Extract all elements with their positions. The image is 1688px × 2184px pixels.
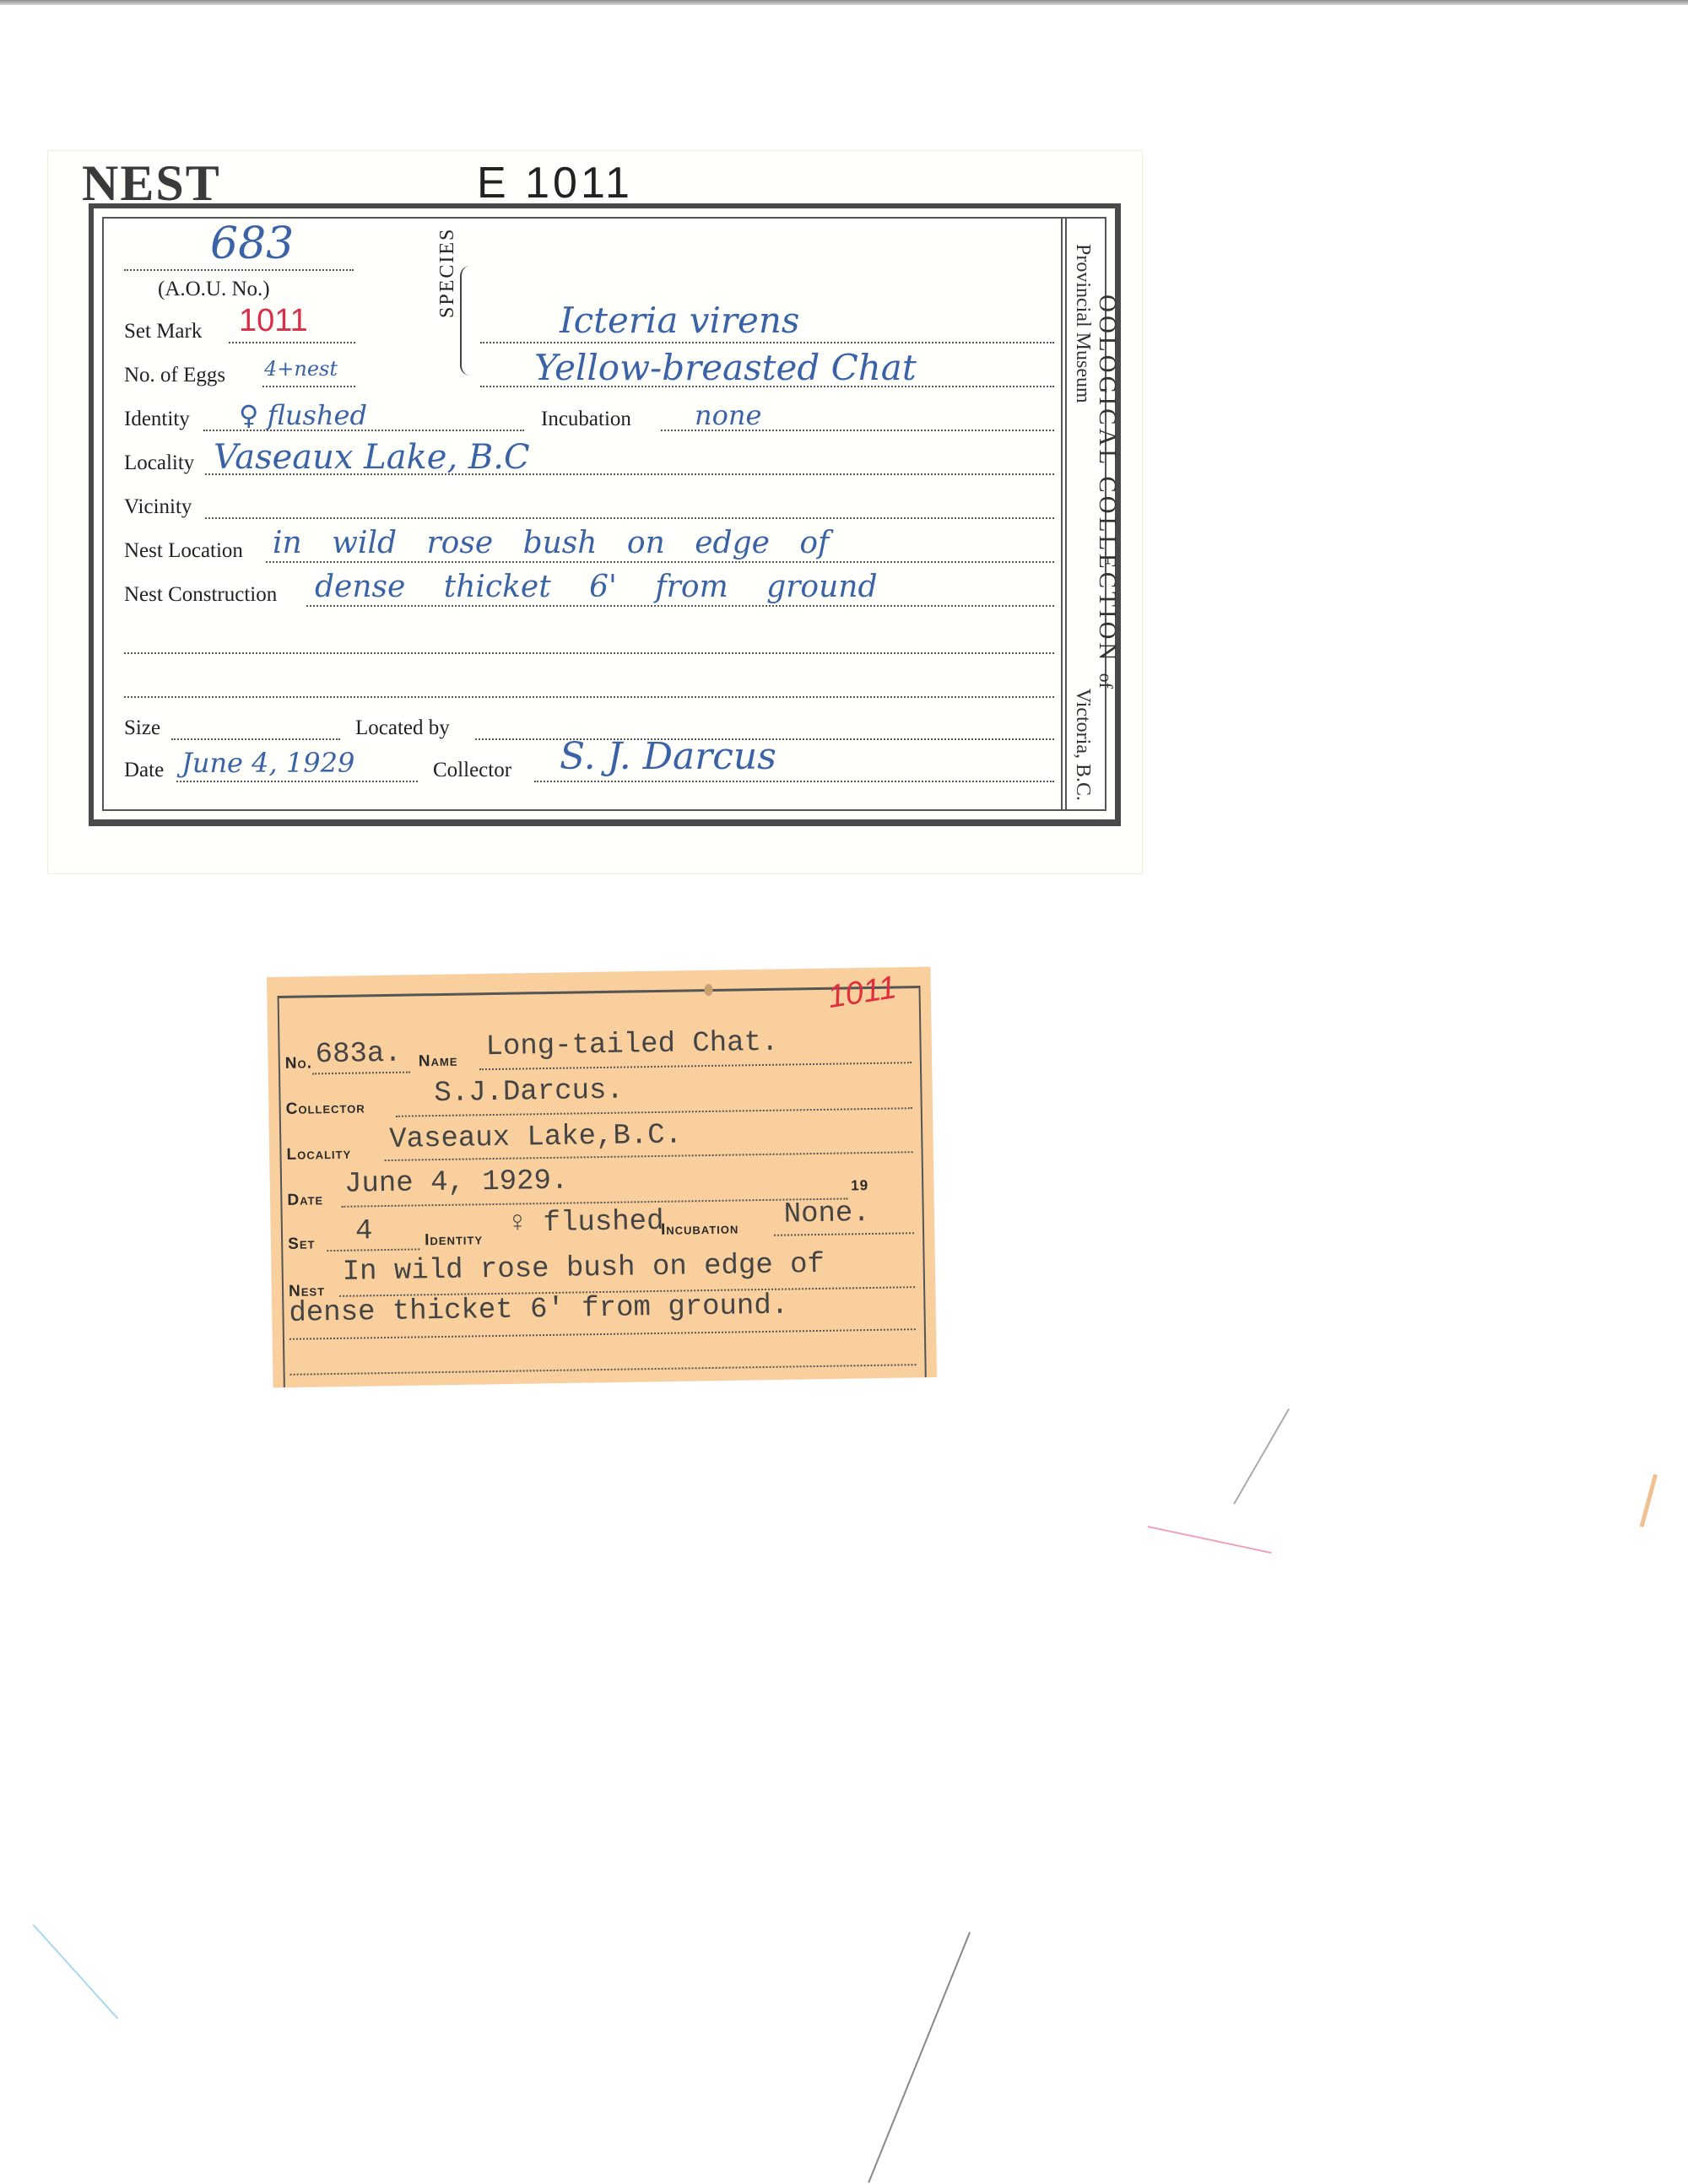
no-value: 683a.	[315, 1038, 402, 1072]
name-label: Name	[419, 1052, 458, 1072]
locality-label: Locality	[124, 451, 194, 475]
scan-mark	[1148, 1526, 1272, 1554]
set-value: 4	[355, 1215, 373, 1247]
located-by-label: Located by	[355, 716, 450, 740]
locality-value: Vaseaux Lake,B.C.	[389, 1120, 682, 1156]
species-brace	[460, 266, 470, 376]
date-label: Date	[124, 759, 164, 782]
card-frame: 683 (A.O.U. No.) Set Mark 1011 No. of Eg…	[89, 203, 1121, 826]
nest-location-label: Nest Location	[124, 539, 243, 563]
set-mark-value: 1011	[239, 303, 308, 339]
set-mark-label: Set Mark	[124, 320, 202, 343]
nest-value-line1: In wild rose bush on edge of	[342, 1249, 825, 1289]
institution-label: OOLOGICAL COLLECTION of Provincial Museu…	[1070, 244, 1121, 801]
date-value: June 4, 1929	[181, 747, 354, 779]
species-common: Yellow-breasted Chat	[534, 347, 917, 388]
side-divider	[1061, 219, 1067, 809]
size-label: Size	[124, 716, 160, 740]
species-label: SPECIES	[436, 228, 459, 318]
aou-label: (A.O.U. No.)	[158, 278, 270, 301]
no-label: No.	[285, 1054, 312, 1073]
incubation-label: Incubation	[541, 408, 631, 431]
nest-construction-value: dense thicket 6' from ground	[315, 570, 878, 604]
pin-hole	[704, 984, 712, 996]
collector-value: S.J.Darcus.	[434, 1075, 624, 1111]
collection-title: OOLOGICAL COLLECTION	[1094, 295, 1121, 663]
scan-mark	[1233, 1408, 1290, 1505]
locality-value: Vaseaux Lake, B.C	[214, 438, 530, 477]
name-value: Long-tailed Chat.	[485, 1027, 778, 1063]
nest-value-line2: dense thicket 6' from ground.	[289, 1290, 788, 1330]
scan-mark	[868, 1932, 971, 2182]
set-label: Set	[288, 1235, 316, 1254]
eggs-label: No. of Eggs	[124, 364, 225, 387]
museum-name: Provincial Museum	[1071, 244, 1094, 403]
species-scientific: Icteria virens	[560, 300, 799, 341]
collector-label: Collector	[433, 759, 511, 782]
identity-value: ♀ flushed	[239, 399, 367, 431]
collector-value: S. J. Darcus	[560, 735, 776, 778]
museum-city: Victoria, B.C.	[1071, 689, 1094, 801]
incubation-value: None.	[783, 1197, 870, 1231]
vicinity-label: Vicinity	[124, 495, 192, 519]
locality-label: Locality	[286, 1145, 351, 1165]
typed-label-card: 1011 No. 683a. Name Long-tailed Chat. Co…	[267, 967, 937, 1387]
aou-number: 683	[210, 219, 294, 269]
incubation-value: none	[695, 399, 761, 431]
red-catalog-number: 1011	[825, 970, 899, 1016]
scan-mark	[33, 1924, 119, 2019]
nest-location-value: in wild rose bush on edge of	[273, 526, 829, 560]
identity-label: Identity	[425, 1230, 483, 1250]
eggs-value: 4+nest	[264, 357, 338, 381]
scan-mark	[1640, 1474, 1658, 1527]
catalog-number: E 1011	[477, 158, 633, 208]
identity-value: ♀ flushed	[509, 1206, 664, 1241]
collector-label: Collector	[286, 1099, 365, 1118]
nest-construction-label: Nest Construction	[124, 583, 277, 607]
scan-edge	[0, 0, 1688, 5]
incubation-label: Incubation	[661, 1219, 739, 1239]
year-prefix: 19	[851, 1177, 868, 1194]
date-label: Date	[287, 1191, 323, 1210]
nest-record-card: NEST E 1011 683 (A.O.U. No.) Set Mark 10…	[47, 150, 1143, 874]
date-value: June 4, 1929.	[344, 1165, 569, 1201]
identity-label: Identity	[124, 408, 190, 431]
